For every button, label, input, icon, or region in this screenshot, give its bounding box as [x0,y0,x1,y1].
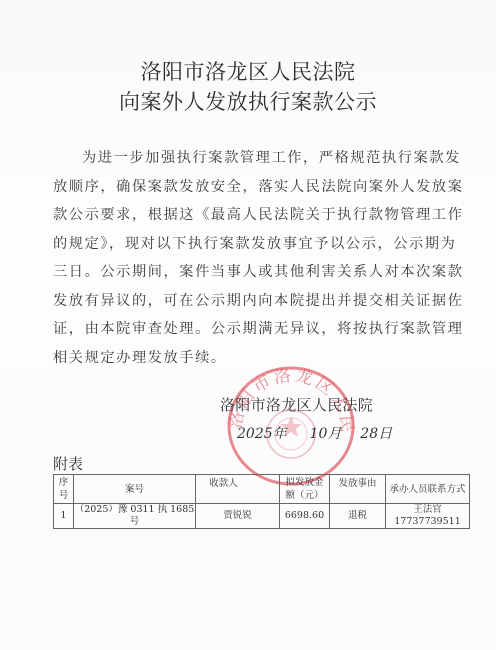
notice-title: 向案外人发放执行案款公示 [0,86,496,116]
signature-court-name: 洛阳市洛龙区人民法院 [220,394,373,415]
court-name-title: 洛阳市洛龙区人民法院 [0,56,496,86]
document-page: 洛阳市洛龙区人民法院 向案外人发放执行案款公示 为进一步加强执行案款管理工作，严… [0,0,496,650]
body-line: 款公示要求，根据这《最高人民法院关于执行款物管理工作 [53,201,453,230]
body-line: 发放有异议的，可在公示期内向本院提出并提交相关证据佐 [53,287,453,316]
header-seq: 序号 [54,475,74,504]
date-day: 28日 [360,423,392,443]
header-contact: 承办人员联系方式 [386,475,470,504]
header-payee: 收款人 [196,475,280,504]
body-line: 三日。公示期间，案件当事人或其他利害关系人对本次案款 [53,258,453,287]
body-line: 证，由本院审查处理。公示期满无异议，将按执行案款管理 [53,315,453,344]
cell-reason: 退税 [330,504,386,529]
notice-body: 为进一步加强执行案款管理工作，严格规范执行案款发 放顺序，确保案款发放安全，落实… [53,144,453,372]
body-line: 放顺序，确保案款发放安全，落实人民法院向案外人发放案 [53,173,453,202]
cell-contact: 王法官 17737739511 [386,504,470,529]
cell-payee: 贾锐锐 [196,504,280,529]
body-line: 的规定》，现对以下执行案款发放事宜予以公示，公示期为 [53,230,453,259]
body-line: 相关规定办理发放手续。 [53,344,453,373]
header-reason: 发放事由 [330,475,386,504]
body-line: 为进一步加强执行案款管理工作，严格规范执行案款发 [53,144,453,173]
date-year: 2025年 [237,423,287,443]
signature-date: 2025年 10月 28日 [237,423,392,443]
cell-case-no: （2025）豫 0311 执 1685 号 [74,504,196,529]
date-month: 10月 [310,423,342,443]
header-case-no: 案号 [74,475,196,504]
cell-amount: 6698.60 [280,504,330,529]
table-row: 1 （2025）豫 0311 执 1685 号 贾锐锐 6698.60 退税 王… [54,504,470,529]
header-amount: 拟发放金额（元） [280,475,330,504]
appendix-label: 附表 [53,453,83,474]
cell-seq: 1 [54,504,74,529]
table-header-row: 序号 案号 收款人 拟发放金额（元） 发放事由 承办人员联系方式 [54,475,470,504]
disbursement-table: 序号 案号 收款人 拟发放金额（元） 发放事由 承办人员联系方式 1 （2025… [53,474,470,529]
